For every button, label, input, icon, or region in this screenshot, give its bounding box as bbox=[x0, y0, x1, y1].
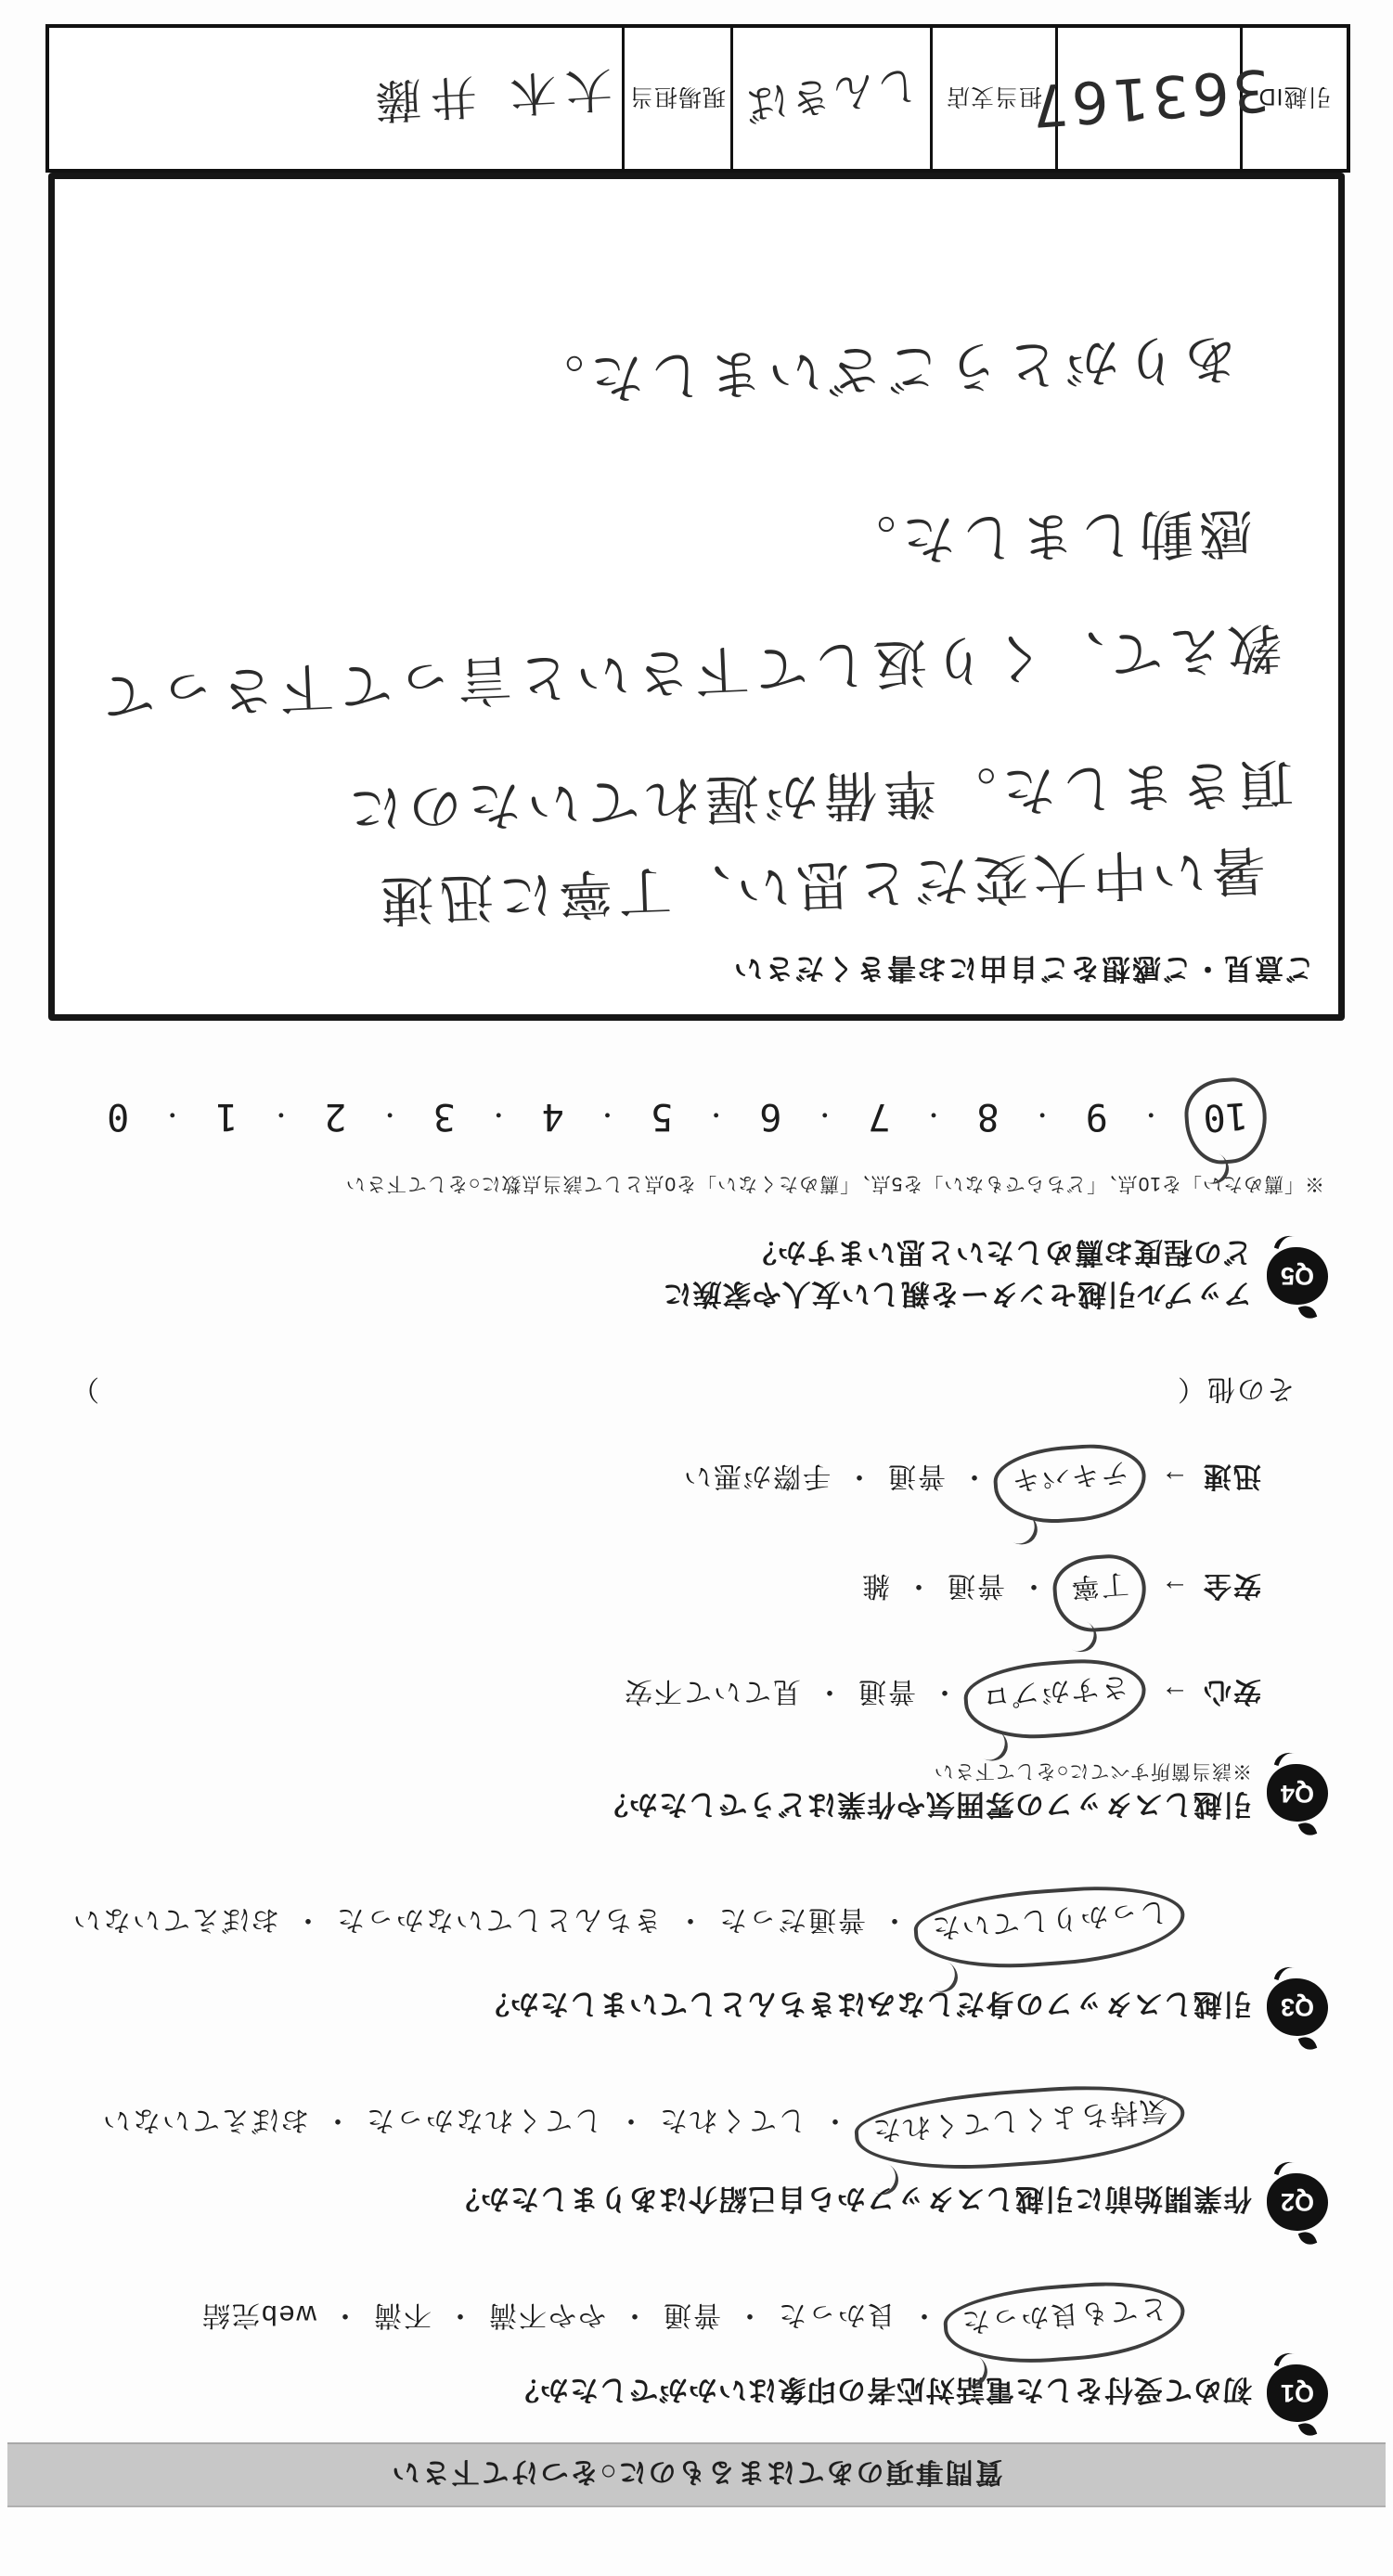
q3-separator: ・ bbox=[879, 1904, 909, 1935]
q3-badge-icon: Q3 bbox=[1267, 1978, 1328, 2036]
scale-value: 7 bbox=[868, 1095, 890, 1138]
q4-other-row: その他（ ） bbox=[70, 1372, 1295, 1412]
q3-option: 普通だった bbox=[717, 1904, 866, 1935]
q4-row-label: 安全 bbox=[1202, 1568, 1261, 1609]
arrow-icon: → bbox=[1159, 1573, 1189, 1604]
id-value-handwriting: 363167 bbox=[1025, 56, 1271, 140]
q4-row2-separator: ・ bbox=[844, 1459, 873, 1500]
q1-title: 初めて受付をした電話対応者の印象はいかがでしたか？ bbox=[509, 2373, 1252, 2415]
instruction-text: 質問事項のあてはまるものに○をつけて下さい bbox=[390, 2454, 1002, 2495]
q3-title: 引越しスタッフの身だしなみはきちんとしていましたか？ bbox=[480, 1987, 1252, 2029]
scale-separator: ・ bbox=[704, 1100, 729, 1134]
q1-title-row: Q1 初めて受付をした電話対応者の印象はいかがでしたか？ bbox=[509, 2364, 1328, 2422]
scale-separator: ・ bbox=[378, 1100, 402, 1134]
handwritten-line: ありがとうございました。 bbox=[524, 324, 1239, 424]
q4-row0-option: 見ていて不安 bbox=[623, 1674, 801, 1715]
comment-box-title: ご意見・ご感想をご自由にお書きください bbox=[732, 950, 1314, 992]
scale-separator: ・ bbox=[595, 1100, 619, 1134]
crew-names-handwriting: 大木 井藤 bbox=[364, 58, 623, 138]
q4-row-jinsoku: 迅速→テキパキ・普通・手際が悪い bbox=[682, 1455, 1261, 1503]
q4-other-close: ） bbox=[70, 1372, 99, 1412]
q2-separator: ・ bbox=[819, 2105, 849, 2135]
q2-title: 作業開始前に引越しスタッフから自己紹介はありましたか？ bbox=[450, 2182, 1252, 2223]
q4-row0-option-selected-circled: さすがプロ bbox=[961, 1655, 1148, 1743]
q4-row-anshin: 安心→さすがプロ・普通・見ていて不安 bbox=[623, 1670, 1261, 1719]
scale-separator: ・ bbox=[1139, 1100, 1163, 1134]
q1-badge-icon: Q1 bbox=[1267, 2364, 1328, 2422]
q1-option: 普通 bbox=[662, 2299, 721, 2330]
scale-separator: ・ bbox=[922, 1100, 946, 1134]
crew-label: 現場担当 bbox=[622, 28, 730, 169]
scanned-survey-sheet: 質問事項のあてはまるものに○をつけて下さい Q1 初めて受付をした電話対応者の印… bbox=[0, 0, 1393, 2576]
q5-note: ※「薦めたい」を10点、「どちらでもない」を5点、「薦めたくない」を0点として該… bbox=[345, 1171, 1324, 1199]
q4-row-label: 迅速 bbox=[1202, 1459, 1261, 1500]
q1-options: とても良かった・良かった・普通・やや不満・不満・web完結 bbox=[200, 2294, 1178, 2342]
q4-note: ※該当箇所すべてに○をして下さい bbox=[599, 1758, 1252, 1786]
q4-other-open: その他（ bbox=[1176, 1372, 1295, 1412]
id-table: 引越ID 363167 担当支店 しんきば 現場担当 大木 井藤 bbox=[45, 24, 1350, 173]
comment-box: ご意見・ご感想をご自由にお書きください 暑い中大変だと思い、丁寧に迅速頂きました… bbox=[48, 173, 1345, 1021]
scale-value: 3 bbox=[433, 1095, 456, 1138]
q4-row1-separator: ・ bbox=[903, 1568, 933, 1609]
scale-separator: ・ bbox=[161, 1100, 185, 1134]
branch-value-handwriting: しんきば bbox=[742, 58, 922, 138]
q4-row-anzen: 安全→丁寧・普通・雑 bbox=[860, 1565, 1261, 1613]
q2-option: おぼえていない bbox=[101, 2105, 309, 2135]
instruction-bar: 質問事項のあてはまるものに○をつけて下さい bbox=[7, 2442, 1386, 2507]
q3-separator: ・ bbox=[292, 1904, 322, 1935]
scale-separator: ・ bbox=[269, 1100, 293, 1134]
q1-option: 不満 bbox=[372, 2299, 432, 2330]
scale-value: 8 bbox=[976, 1095, 999, 1138]
arrow-icon: → bbox=[1159, 1463, 1189, 1495]
scale-separator: ・ bbox=[813, 1100, 837, 1134]
q1-option: web完結 bbox=[200, 2299, 316, 2330]
handwritten-line: 感動しました。 bbox=[836, 497, 1254, 584]
branch-value-cell: しんきば bbox=[730, 28, 930, 169]
scale-value: 4 bbox=[542, 1095, 564, 1138]
q4-row0-separator: ・ bbox=[814, 1674, 844, 1715]
scale-value: 2 bbox=[324, 1095, 346, 1138]
q5-rating-scale: 10・9・8・7・6・5・4・3・2・1・0 bbox=[107, 1091, 1258, 1141]
q5-title-line1: アップル引越センターを親しい友人や家族に bbox=[663, 1276, 1252, 1318]
q1-separator: ・ bbox=[329, 2299, 359, 2330]
scale-separator: ・ bbox=[1030, 1100, 1054, 1134]
q4-row2-separator: ・ bbox=[959, 1459, 988, 1500]
q4-title: 引越しスタッフの雰囲気や作業はどうでしたか？ bbox=[599, 1786, 1252, 1828]
q4-row0-option: 普通 bbox=[857, 1674, 916, 1715]
q4-row-label: 安心 bbox=[1202, 1674, 1261, 1715]
arrow-icon: → bbox=[1159, 1679, 1189, 1710]
rotated-page: 質問事項のあてはまるものに○をつけて下さい Q1 初めて受付をした電話対応者の印… bbox=[0, 0, 1393, 2576]
q2-option: してくれた bbox=[658, 2105, 806, 2135]
q4-row2-option: 手際が悪い bbox=[682, 1459, 831, 1500]
q4-row2-option: 普通 bbox=[886, 1459, 946, 1500]
q2-options: 気持ちよくしてくれた・してくれた・してくれなかった・おぼえていない bbox=[101, 2099, 1178, 2147]
q1-separator: ・ bbox=[734, 2299, 764, 2330]
handwritten-line: 頂きました。準備が遅れていたのに bbox=[342, 749, 1295, 854]
q4-badge-icon: Q4 bbox=[1267, 1765, 1328, 1823]
q1-separator: ・ bbox=[445, 2299, 474, 2330]
id-value-cell: 363167 bbox=[1055, 28, 1240, 169]
q3-separator: ・ bbox=[675, 1904, 704, 1935]
handwritten-line: 教えて、くり返して下さいと言って下さって bbox=[95, 612, 1283, 740]
handwritten-line: 暑い中大変だと思い、丁寧に迅速 bbox=[374, 835, 1267, 944]
q4-row2-option-selected-circled: テキパキ bbox=[991, 1440, 1148, 1526]
scale-value: 1 bbox=[215, 1095, 238, 1138]
q4-title-row: Q4 引越しスタッフの雰囲気や作業はどうでしたか？ ※該当箇所すべてに○をして下… bbox=[599, 1758, 1328, 1828]
q1-option: やや不満 bbox=[487, 2299, 606, 2330]
q2-separator: ・ bbox=[615, 2105, 645, 2135]
scale-separator: ・ bbox=[486, 1100, 510, 1134]
scale-value-selected-circled: 10 bbox=[1182, 1075, 1270, 1166]
q1-separator: ・ bbox=[619, 2299, 649, 2330]
q4-row1-separator: ・ bbox=[1018, 1568, 1048, 1609]
q2-option-selected-circled: 気持ちよくしてくれた bbox=[853, 2079, 1188, 2178]
q2-separator: ・ bbox=[322, 2105, 352, 2135]
scale-value: 0 bbox=[107, 1095, 129, 1138]
q1-option-selected-circled: とても良かった bbox=[941, 2276, 1187, 2369]
q3-option-selected-circled: しっかりしていた bbox=[911, 1880, 1187, 1975]
q3-option: きちんとしていなかった bbox=[335, 1904, 662, 1935]
q2-badge-icon: Q2 bbox=[1267, 2173, 1328, 2231]
q5-title-line2: どの程度お薦めしたいと思いますか？ bbox=[663, 1234, 1252, 1276]
q4-row1-option-selected-circled: 丁寧 bbox=[1051, 1552, 1148, 1635]
q4-row1-option: 雑 bbox=[860, 1568, 890, 1609]
q5-title-row: Q5 アップル引越センターを親しい友人や家族に どの程度お薦めしたいと思いますか… bbox=[663, 1234, 1328, 1318]
q4-row0-separator: ・ bbox=[929, 1674, 959, 1715]
scale-value: 9 bbox=[1086, 1095, 1108, 1138]
q1-separator: ・ bbox=[909, 2299, 938, 2330]
q5-badge-icon: Q5 bbox=[1267, 1247, 1328, 1305]
q4-row1-option: 普通 bbox=[946, 1568, 1005, 1609]
q2-option: してくれなかった bbox=[365, 2105, 602, 2135]
scale-value: 6 bbox=[759, 1095, 781, 1138]
q3-option: おぼえていない bbox=[71, 1904, 279, 1935]
crew-value-cell: 大木 井藤 bbox=[49, 28, 622, 169]
scale-value: 5 bbox=[651, 1095, 673, 1138]
q3-options: しっかりしていた・普通だった・きちんとしていなかった・おぼえていない bbox=[71, 1899, 1178, 1947]
q3-title-row: Q3 引越しスタッフの身だしなみはきちんとしていましたか？ bbox=[480, 1978, 1328, 2036]
q1-option: 良かった bbox=[777, 2299, 896, 2330]
